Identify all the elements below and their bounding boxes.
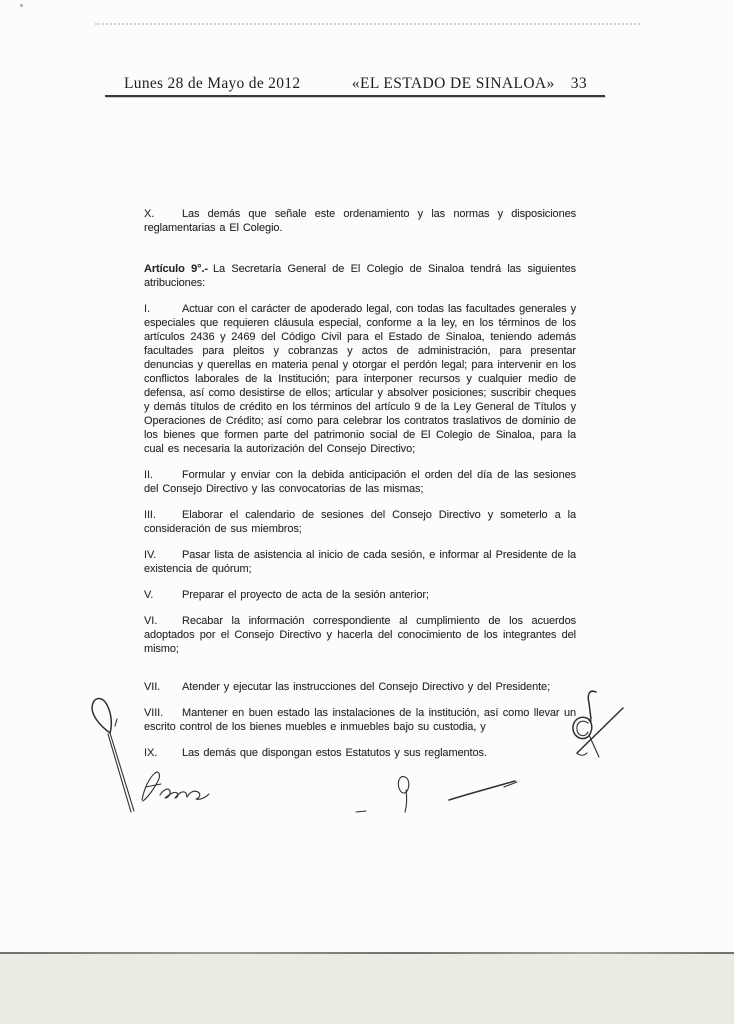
pen-mark-center-loop: [356, 777, 409, 812]
clause-numeral: IV.: [144, 548, 182, 562]
handwritten-note: [142, 772, 209, 801]
clause-numeral: I.: [144, 302, 182, 316]
clause-numeral: II.: [144, 468, 182, 482]
pen-mark-left-needle: [92, 698, 134, 812]
clause-numeral: X.: [144, 207, 182, 221]
clause-numeral: VIII.: [144, 706, 182, 720]
clause-text: Elaborar el calendario de sesiones del C…: [144, 509, 576, 535]
header-page-number: 33: [571, 75, 587, 93]
clause-numeral: VII.: [144, 680, 182, 694]
clause-text: Formular y enviar con la debida anticipa…: [144, 469, 576, 495]
clause-iii: III.Elaborar el calendario de sesiones d…: [144, 508, 576, 536]
clause-x: X.Las demás que señale este ordenamiento…: [144, 207, 576, 235]
clause-numeral: IX.: [144, 746, 182, 760]
article-text: La Secretaría General de El Colegio de S…: [144, 263, 576, 289]
header-publication-title: «EL ESTADO DE SINALOA»: [352, 75, 555, 93]
article-label: Artículo 9°.-: [144, 263, 208, 275]
clause-text: Preparar el proyecto de acta de la sesió…: [182, 589, 429, 601]
clause-viii: VIII.Mantener en buen estado las instala…: [144, 706, 576, 734]
clause-text: Las demás que dispongan estos Estatutos …: [182, 747, 487, 759]
clause-numeral: V.: [144, 588, 182, 602]
clause-vi: VI.Recabar la información correspondient…: [144, 614, 576, 656]
clause-ii: II.Formular y enviar con la debida antic…: [144, 468, 576, 496]
clause-numeral: III.: [144, 508, 182, 522]
scan-speck: [20, 4, 23, 7]
header-rule: [105, 95, 605, 97]
scan-artifact-dotted-line: [95, 23, 640, 25]
clause-text: Mantener en buen estado las instalacione…: [144, 707, 576, 733]
header-right: «EL ESTADO DE SINALOA» 33: [352, 75, 587, 93]
clause-text: Pasar lista de asistencia al inicio de c…: [144, 549, 576, 575]
article-9-heading-paragraph: Artículo 9°.-La Secretaría General de El…: [144, 262, 576, 290]
scanned-document-page: Lunes 28 de Mayo de 2012 «EL ESTADO DE S…: [0, 0, 734, 1024]
scanner-background-band: [0, 954, 734, 1024]
header-date: Lunes 28 de Mayo de 2012: [124, 75, 300, 93]
clause-iv: IV.Pasar lista de asistencia al inicio d…: [144, 548, 576, 576]
pen-mark-right-squiggle: [573, 691, 623, 757]
pen-mark-dash: [449, 781, 517, 800]
clause-ix: IX.Las demás que dispongan estos Estatut…: [144, 746, 576, 760]
clause-text: Recabar la información correspondiente a…: [144, 615, 576, 655]
clause-i: I.Actuar con el carácter de apoderado le…: [144, 302, 576, 456]
clause-v: V.Preparar el proyecto de acta de la ses…: [144, 588, 576, 602]
clause-vii: VII.Atender y ejecutar las instrucciones…: [144, 680, 576, 694]
document-body: X.Las demás que señale este ordenamiento…: [144, 207, 576, 772]
clause-text: Las demás que señale este ordenamiento y…: [144, 208, 576, 234]
clause-text: Atender y ejecutar las instrucciones del…: [182, 681, 550, 693]
clause-numeral: VI.: [144, 614, 182, 628]
clause-text: Actuar con el carácter de apoderado lega…: [144, 303, 576, 455]
